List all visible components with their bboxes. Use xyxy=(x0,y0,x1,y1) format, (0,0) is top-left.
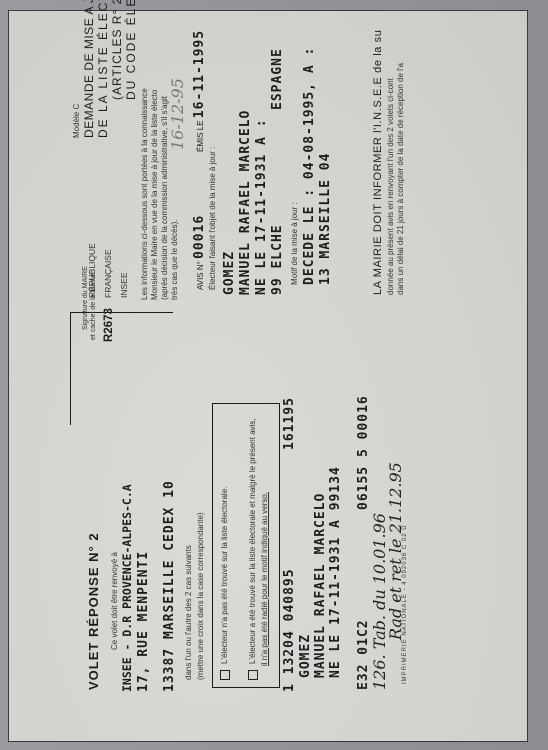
elector-given-names: MANUEL RAFAEL MARCELO xyxy=(238,110,253,295)
option-2[interactable]: L'électeur a été trouvé sur la liste éle… xyxy=(248,418,258,680)
form-title-line-2: DE LA LISTE ÉLECTORALE xyxy=(96,0,110,138)
printer-imprint: IMPRIMERIE NATIONALE - 4 092036 C 02 D xyxy=(402,524,408,684)
insee-label: INSEE xyxy=(116,243,132,298)
republique-label: RÉPUBLIQUE xyxy=(84,243,100,298)
emis-date: 16-11-1995 xyxy=(192,30,207,118)
avis-label: AVIS N° xyxy=(196,261,205,290)
elector-birth-place: 99 ELCHE xyxy=(270,224,285,295)
record-birth: NE LE 17-11-1931 A 99134 xyxy=(328,466,343,678)
motif-line-2: 13 MARSEILLE 04 xyxy=(318,153,333,285)
record-surname: GOMEZ xyxy=(298,634,313,678)
info-line-1: Les informations ci-dessous sont portées… xyxy=(140,88,149,300)
record-given-names: MANUEL RAFAEL MARCELO xyxy=(313,493,328,678)
record-prefix: 1 xyxy=(282,683,297,692)
option-1-checkbox[interactable] xyxy=(220,670,230,680)
avis-block: AVIS N° 00016 xyxy=(192,215,207,290)
volet-title: VOLET RÉPONSE N° 2 xyxy=(86,532,101,690)
record-date: 161195 xyxy=(282,397,297,450)
footer-code-left: E32 01C2 xyxy=(356,619,371,690)
elector-birth-country: ESPAGNE xyxy=(270,48,285,110)
elector-birth: NE LE 17-11-1931 A : xyxy=(254,118,269,295)
footer-code-right: 06155 5 00016 xyxy=(356,395,371,510)
header-republique: RÉPUBLIQUE FRANÇAISE INSEE xyxy=(84,243,132,298)
motif-label: Motif de la mise à jour : xyxy=(290,202,299,285)
elector-label: Électeur faisant l'objet de la mise à jo… xyxy=(208,147,217,290)
notice-title: LA MAIRIE DOIT INFORMER l'I.N.S.E.E de l… xyxy=(372,30,384,295)
record-code: 13204 040895 xyxy=(282,568,297,674)
address-line-3: 13387 MARSEILLE CEDEX 10 xyxy=(162,480,177,692)
address-line-2: 17, RUE MENPENTI xyxy=(136,551,151,692)
emis-label: ÉMIS LE xyxy=(196,120,205,152)
elector-surname: GOMEZ xyxy=(222,251,237,295)
notice-line-1: donnée au présent avis en renvoyant l'un… xyxy=(386,78,395,295)
option-1[interactable]: L'électeur n'a pas été trouvé sur la lis… xyxy=(220,487,230,680)
return-note: Ce volet doit être renvoyé à xyxy=(110,552,119,650)
option-2-label-line-1: L'électeur a été trouvé sur la liste éle… xyxy=(248,418,257,664)
instruction-line-1: dans l'un ou l'autre des 2 cas suivants xyxy=(184,545,193,680)
motif-line-1: DECEDE LE : 04-08-1995, A : xyxy=(302,47,317,285)
avis-number: 00016 xyxy=(192,215,207,259)
handwritten-mark: 16-12-95 xyxy=(168,78,187,150)
instruction-line-2: (mettre une croix dans la case correspon… xyxy=(196,512,205,680)
info-line-4: très cas que le décès). xyxy=(170,220,179,300)
emis-block: ÉMIS LE 16-11-1995 xyxy=(192,30,207,152)
address-line-1: INSEE - D.R PROVENCE-ALPES-C.A xyxy=(120,484,134,692)
form-title-line-4: DU CODE ÉLECTORAL xyxy=(124,0,138,100)
option-1-label: L'électeur n'a pas été trouvé sur la lis… xyxy=(220,487,229,664)
document-sheet: VOLET RÉPONSE N° 2 Ce volet doit être re… xyxy=(0,0,548,750)
model-label: Modèle C xyxy=(72,104,81,138)
option-2-label-line-2: il n'a pas été radié pour le motif indiq… xyxy=(260,492,269,666)
mairie-code: R2673 xyxy=(103,308,115,342)
record-line-1: 1 13204 040895 xyxy=(282,568,297,692)
francaise-label: FRANÇAISE xyxy=(100,243,116,298)
option-2-checkbox[interactable] xyxy=(248,670,258,680)
info-line-2: Monsieur le Maire en vue de la mise à jo… xyxy=(150,90,159,300)
form-title-line-3: (ARTICLES R° 21 ET xyxy=(110,0,124,100)
notice-line-2: dans un délai de 21 jours à compter de l… xyxy=(396,63,405,295)
form-title-line-1: DEMANDE DE MISE A JOUR xyxy=(82,0,96,138)
